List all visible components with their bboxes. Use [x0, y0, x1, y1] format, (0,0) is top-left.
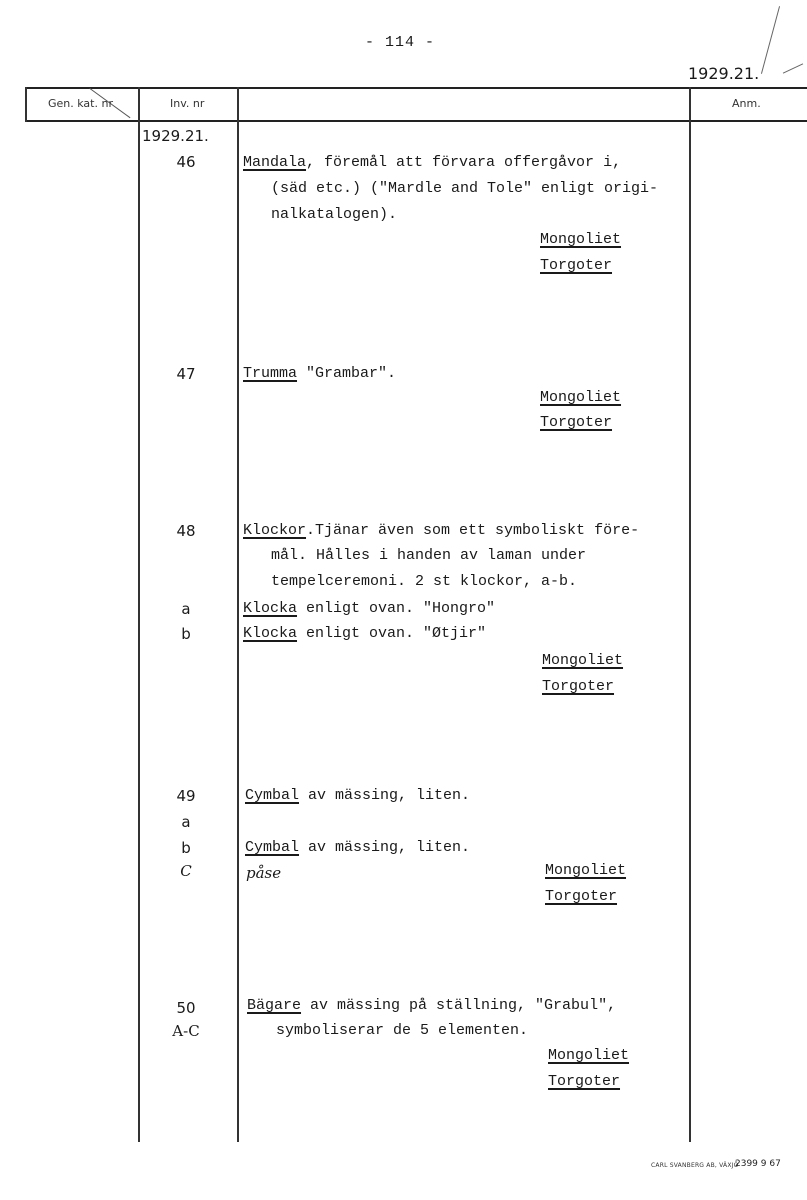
inv-number: 47 — [136, 365, 236, 383]
people: Torgoter — [540, 414, 612, 431]
inv-sub: a — [136, 813, 236, 831]
entry-title: Trumma — [243, 365, 297, 382]
series-id: 1929.21. — [142, 127, 232, 145]
entry-line: nalkatalogen). — [271, 206, 397, 223]
header-gen-kat-nr: Gen. kat. nr — [48, 97, 113, 110]
page-number: - 114 - — [365, 34, 435, 51]
entry-line: Mandala, föremål att förvara offergåvor … — [243, 154, 621, 171]
inv-sub-handwritten: A-C — [136, 1022, 236, 1040]
entry-line: Trumma "Grambar". — [243, 365, 396, 382]
inv-number: 50 — [136, 999, 236, 1017]
origin: Mongoliet — [545, 862, 626, 879]
inv-sub: a — [136, 600, 236, 618]
header-anm: Anm. — [732, 97, 761, 110]
people: Torgoter — [548, 1073, 620, 1090]
entry-line: Bägare av mässing på ställning, "Grabul"… — [247, 997, 616, 1014]
entry-title: Bägare — [247, 997, 301, 1014]
entry-line: Cymbal av mässing, liten. — [245, 839, 470, 856]
inv-sub-handwritten: C — [136, 862, 236, 880]
inv-sub: b — [136, 625, 236, 643]
column-rule — [689, 87, 691, 1142]
inv-sub: b — [136, 839, 236, 857]
entry-line: Cymbal av mässing, liten. — [245, 787, 470, 804]
entry-title: Mandala — [243, 154, 306, 171]
entry-line: tempelceremoni. 2 st klockor, a-b. — [271, 573, 577, 590]
form-code: 2399 9 67 — [735, 1159, 781, 1169]
entry-line: Klockor.Tjänar även som ett symboliskt f… — [243, 522, 639, 539]
origin: Mongoliet — [542, 652, 623, 669]
column-rule — [237, 87, 239, 1142]
entry-line: Klocka enligt ovan. "Øtjir" — [243, 625, 486, 642]
printer-imprint: CARL SVANBERG AB, VÄXJÖ — [651, 1162, 739, 1169]
pen-mark — [783, 63, 803, 73]
top-reference: 1929.21. — [688, 64, 759, 83]
entry-line: symboliserar de 5 elementen. — [276, 1022, 528, 1039]
origin: Mongoliet — [540, 389, 621, 406]
header-inv-nr: Inv. nr — [170, 97, 204, 110]
column-rule — [25, 87, 27, 122]
inv-number: 49 — [136, 787, 236, 805]
people: Torgoter — [545, 888, 617, 905]
entry-line: Klocka enligt ovan. "Hongro" — [243, 600, 495, 617]
entry-line: (säd etc.) ("Mardle and Tole" enligt ori… — [271, 180, 658, 197]
people: Torgoter — [540, 257, 612, 274]
entry-line: mål. Hålles i handen av laman under — [271, 547, 586, 564]
people: Torgoter — [542, 678, 614, 695]
origin: Mongoliet — [540, 231, 621, 248]
inv-number: 46 — [136, 153, 236, 171]
origin: Mongoliet — [548, 1047, 629, 1064]
entry-title: Klockor — [243, 522, 306, 539]
handwritten-note: påse — [246, 864, 281, 882]
entry-title: Cymbal — [245, 787, 299, 804]
pen-mark — [761, 6, 780, 74]
inv-number: 48 — [136, 522, 236, 540]
